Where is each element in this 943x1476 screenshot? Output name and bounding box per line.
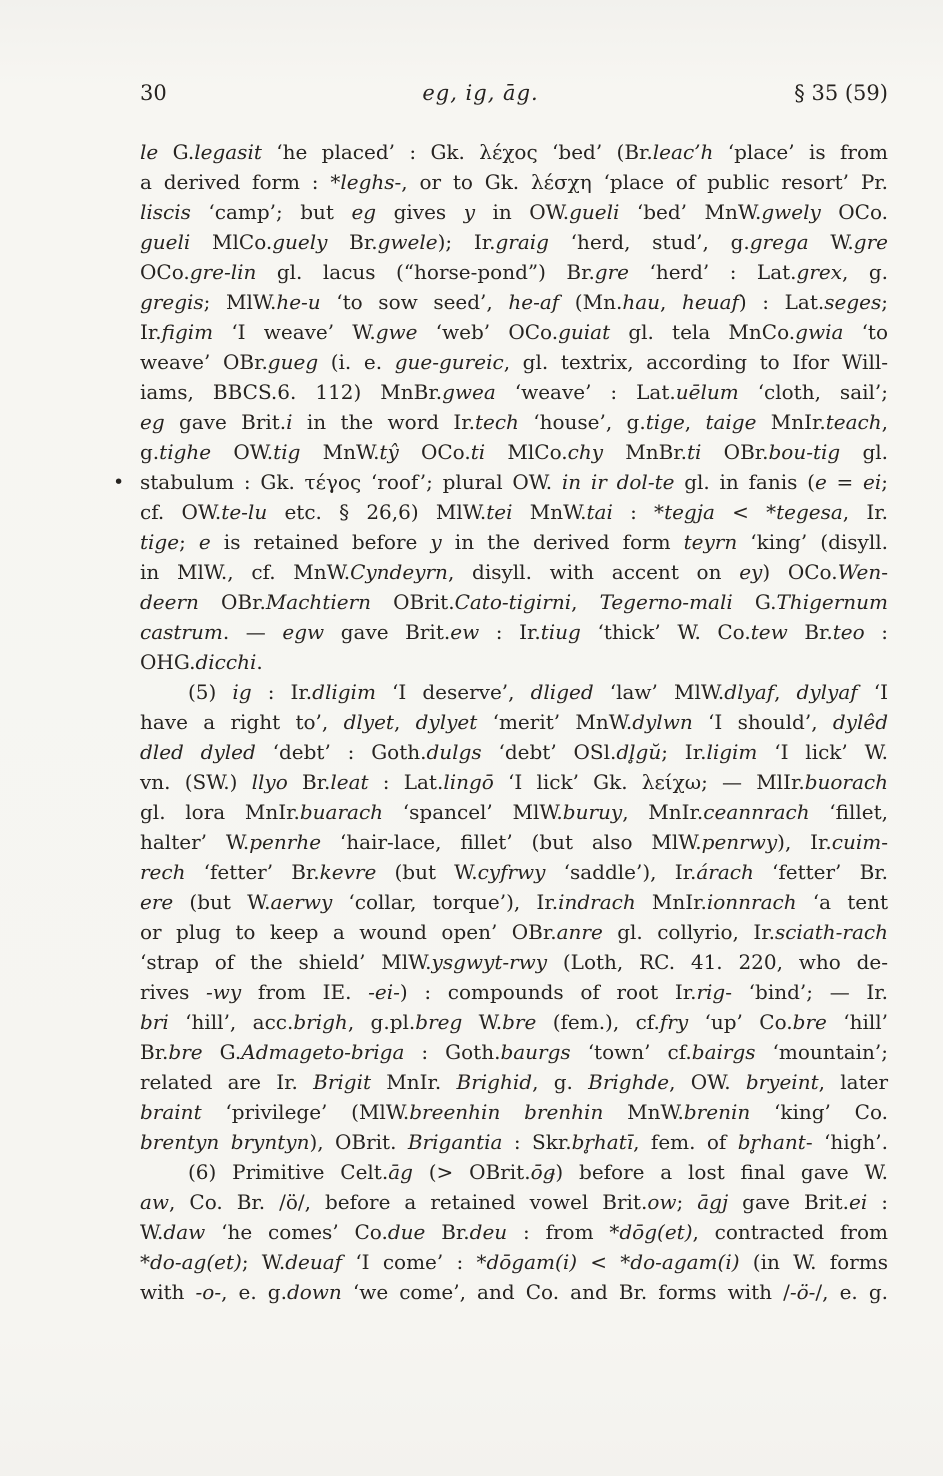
text-line: vn. (SW.) llyo Br.leat : Lat.lingō ‘I li… [140, 767, 888, 797]
text-line: halter’ W.penrhe ‘hair-lace, fillet’ (bu… [140, 827, 888, 857]
text-line: cf. OW.te-lu etc. § 26,6) MlW.tei MnW.ta… [140, 497, 888, 527]
text-line: Br.bre G.Admageto-briga : Goth.baurgs ‘t… [140, 1037, 888, 1067]
text-line: or plug to keep a wound open’ OBr.anre g… [140, 917, 888, 947]
text-line: weave’ OBr.gueg (i. e. gue-gureic, gl. t… [140, 347, 888, 377]
text-line: ere (but W.aerwy ‘collar, torque’), Ir.i… [140, 887, 888, 917]
text-line: in MlW., cf. MnW.Cyndeyrn, disyll. with … [140, 557, 888, 587]
text-line: *do-ag(et); W.deuaf ‘I come’ : *dōgam(i)… [140, 1247, 888, 1277]
text-line: castrum. — egw gave Brit.ew : Ir.tiug ‘t… [140, 617, 888, 647]
text-line: related are Ir. Brigit MnIr. Brighid, g.… [140, 1067, 888, 1097]
text-line: ‘strap of the shield’ MlW.ysgwyt-rwy (Lo… [140, 947, 888, 977]
margin-bullet-annotation: • [113, 467, 124, 497]
text-line: bri ‘hill’, acc.brigh, g.pl.breg W.bre (… [140, 1007, 888, 1037]
text-line: Ir.figim ‘I weave’ W.gwe ‘web’ OCo.guiat… [140, 317, 888, 347]
text-line: dled dyled ‘debt’ : Goth.dulgs ‘debt’ OS… [140, 737, 888, 767]
text-line: liscis ‘camp’; but eg gives y in OW.guel… [140, 197, 888, 227]
text-line: tige; e is retained before y in the deri… [140, 527, 888, 557]
text-line: deern OBr.Machtiern OBrit.Cato-tigirni, … [140, 587, 888, 617]
page-header: 30 eg, ig, āg. § 35 (59) [140, 80, 888, 106]
text-line: OHG.dicchi. [140, 647, 888, 677]
text-line: brentyn bryntyn), OBrit. Brigantia : Skr… [140, 1127, 888, 1157]
page-body-text: le G.legasit ‘he placed’ : Gk. λέχος ‘be… [140, 137, 888, 1307]
text-line: gueli MlCo.guely Br.gwele); Ir.graig ‘he… [140, 227, 888, 257]
text-line: gl. lora MnIr.buarach ‘spancel’ MlW.buru… [140, 797, 888, 827]
text-line: eg gave Brit.i in the word Ir.tech ‘hous… [140, 407, 888, 437]
text-line: rives -wy from IE. -ei-) : compounds of … [140, 977, 888, 1007]
text-line: aw, Co. Br. /ö/, before a retained vowel… [140, 1187, 888, 1217]
text-line: braint ‘privilege’ (MlW.breenhin brenhin… [140, 1097, 888, 1127]
text-line: g.tighe OW.tig MnW.tŷ OCo.ti MlCo.chy Mn… [140, 437, 888, 467]
text-line: iams, BBCS.6. 112) MnBr.gwea ‘weave’ : L… [140, 377, 888, 407]
text-line: rech ‘fetter’ Br.kevre (but W.cyfrwy ‘sa… [140, 857, 888, 887]
text-line: le G.legasit ‘he placed’ : Gk. λέχος ‘be… [140, 137, 888, 167]
book-page: 30 eg, ig, āg. § 35 (59) • le G.legasit … [0, 0, 943, 1476]
text-line: (5) ig : Ir.dligim ‘I deserve’, dliged ‘… [140, 677, 888, 707]
text-line: stabulum : Gk. τέγος ‘roof’; plural OW. … [140, 467, 888, 497]
page-number: 30 [140, 80, 167, 106]
text-line: W.daw ‘he comes’ Co.due Br.deu : from *d… [140, 1217, 888, 1247]
text-line: with -o-, e. g.down ‘we come’, and Co. a… [140, 1277, 888, 1307]
text-line: have a right to’, dlyet, dylyet ‘merit’ … [140, 707, 888, 737]
text-line: (6) Primitive Celt.āg (> OBrit.ōg̵) befo… [140, 1157, 888, 1187]
text-line: a derived form : *leghs-, or to Gk. λέσχ… [140, 167, 888, 197]
text-line: OCo.gre-lin gl. lacus (“horse-pond”) Br.… [140, 257, 888, 287]
text-line: gregis; MlW.he-u ‘to sow seed’, he-af (M… [140, 287, 888, 317]
section-reference: § 35 (59) [794, 80, 888, 106]
running-title: eg, ig, āg. [422, 80, 538, 106]
